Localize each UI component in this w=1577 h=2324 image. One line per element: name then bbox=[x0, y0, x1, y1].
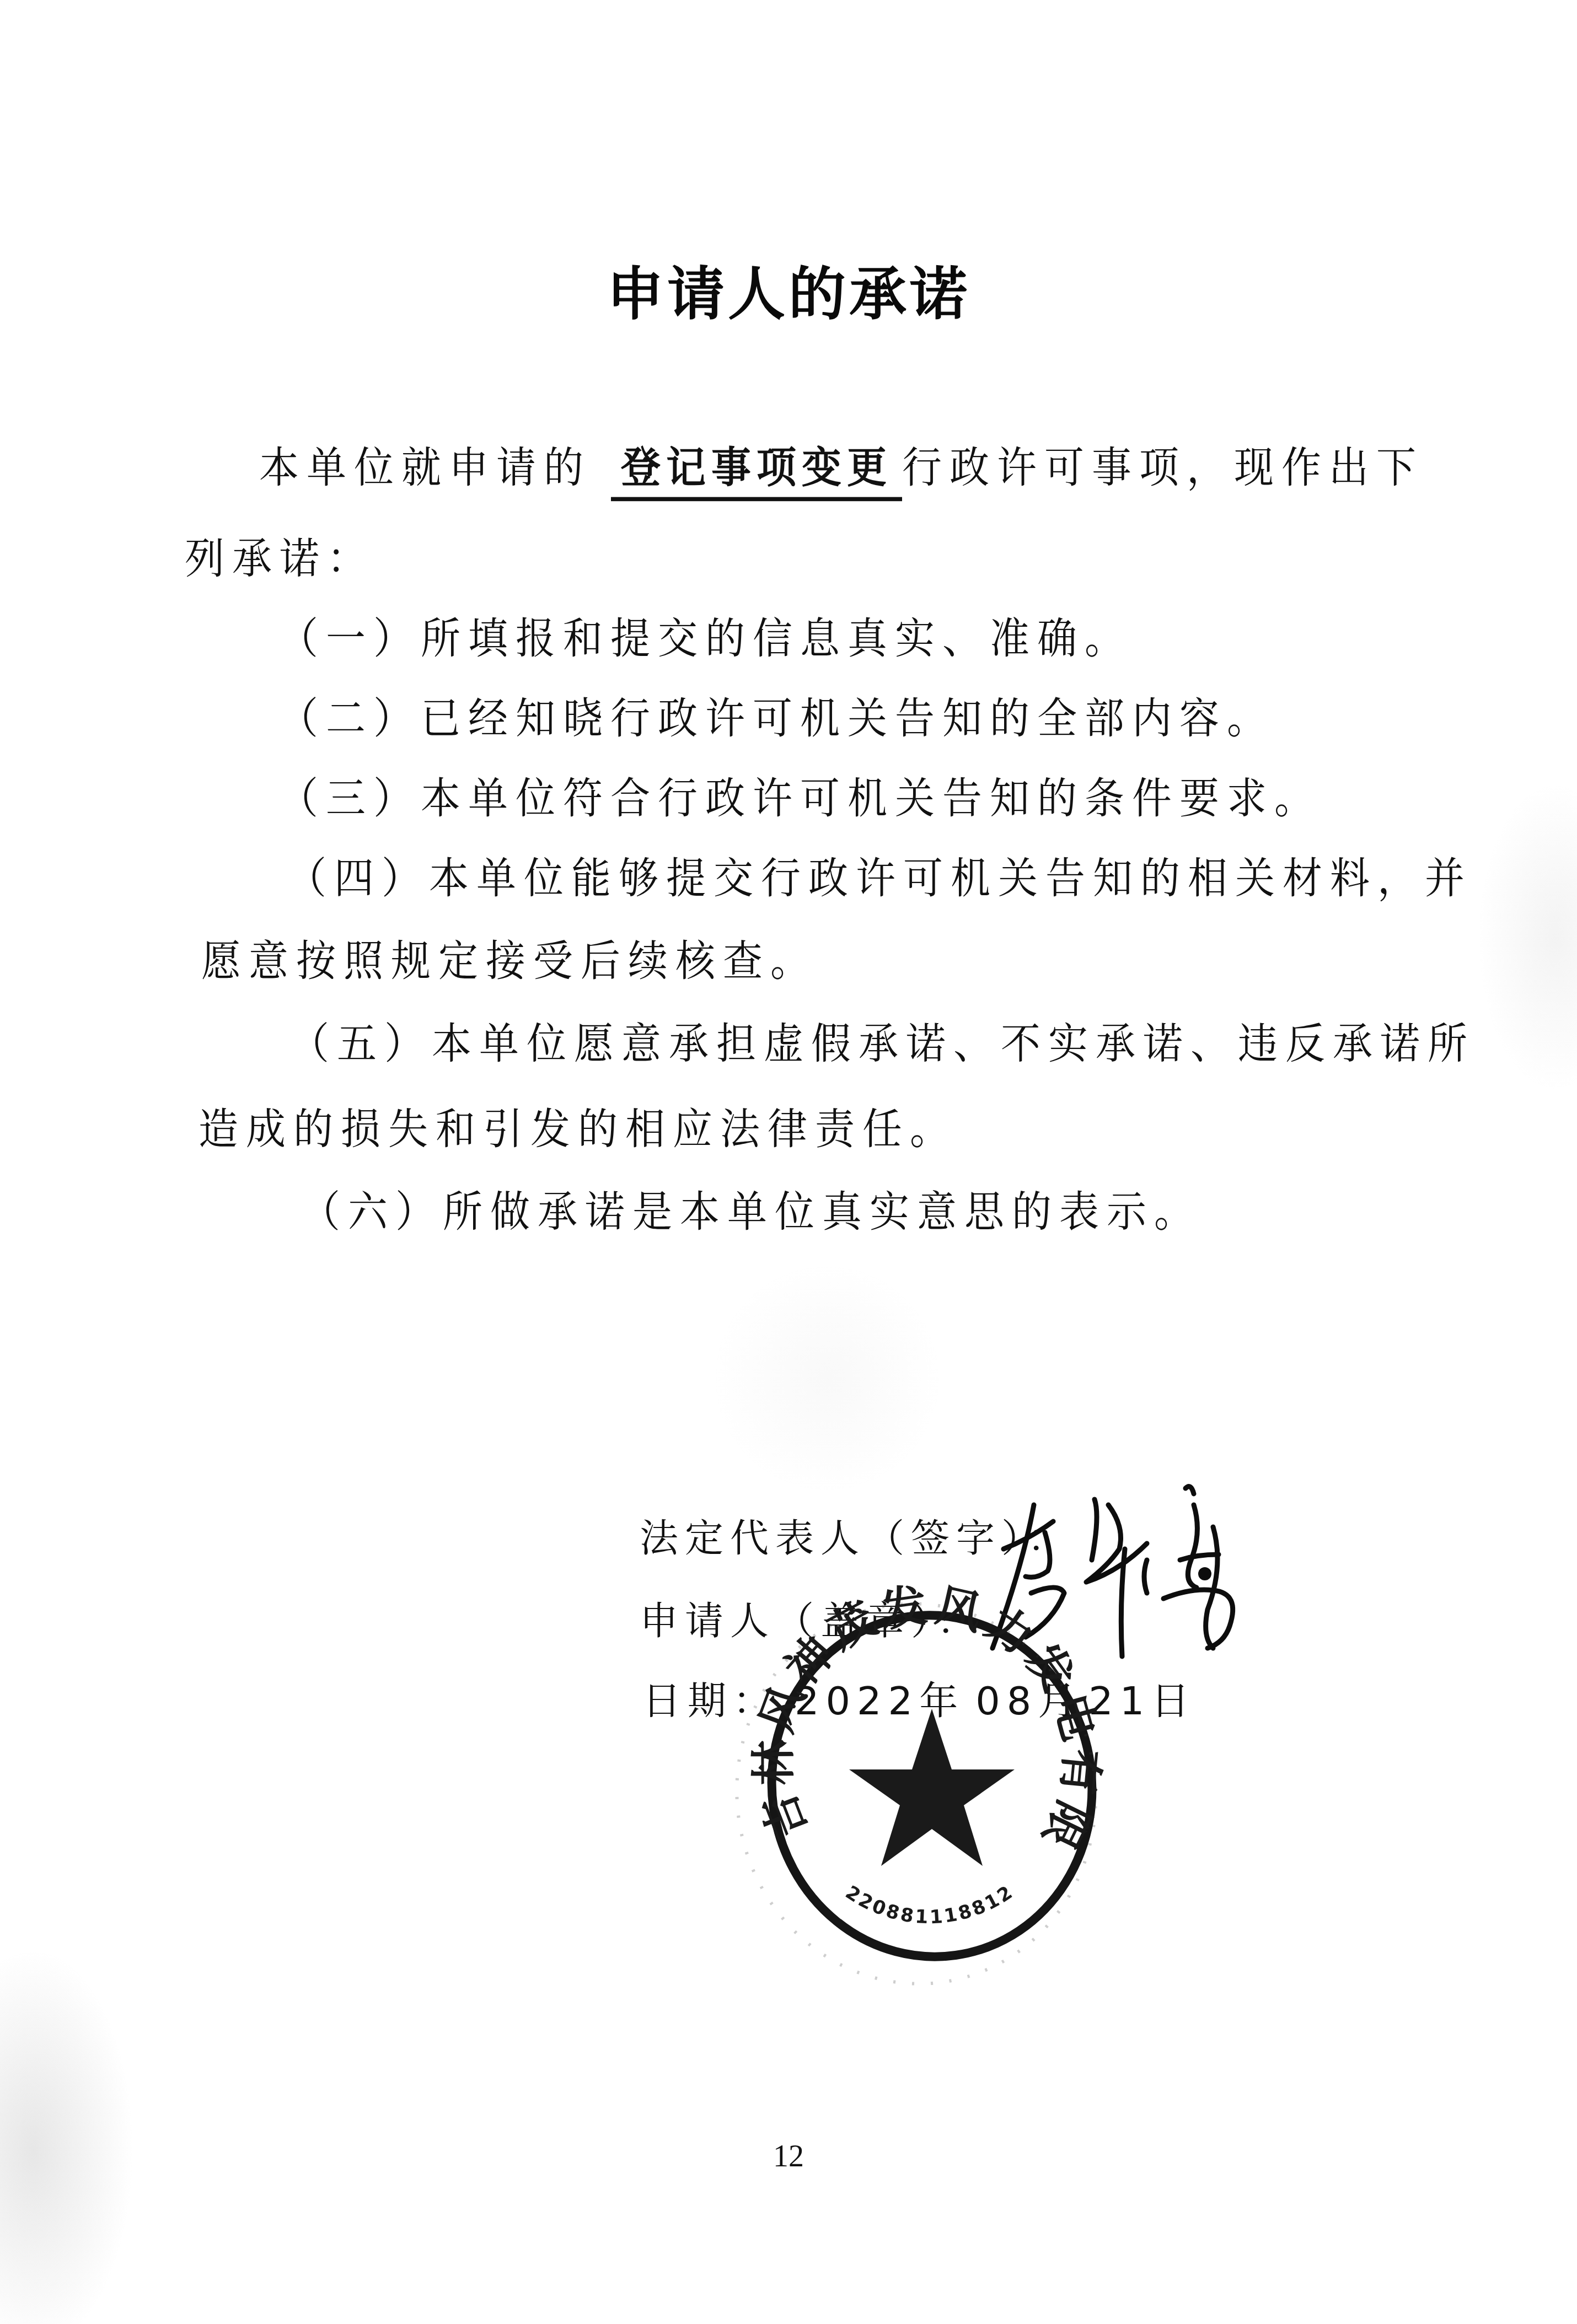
commitment-item-2: （二）已经知晓行政许可机关告知的全部内容。 bbox=[278, 684, 1274, 745]
commitment-item-4-continuation: 愿意按照规定接受后续核查。 bbox=[201, 926, 818, 988]
commitment-number: （一） bbox=[278, 613, 421, 663]
commitment-item-6: （六）所做承诺是本单位真实意思的表示。 bbox=[301, 1177, 1201, 1239]
commitment-text: 所填报和提交的信息真实、准确。 bbox=[421, 613, 1132, 663]
commitment-number: （三） bbox=[278, 773, 421, 823]
commitment-number: （五） bbox=[289, 1018, 432, 1068]
star-icon bbox=[849, 1709, 1015, 1866]
commitment-item-5-continuation: 造成的损失和引发的相应法律责任。 bbox=[199, 1094, 957, 1156]
commitment-text: 所做承诺是本单位真实意思的表示。 bbox=[443, 1186, 1201, 1236]
commitment-text: 本单位能够提交行政许可机关告知的相关材料，并 bbox=[429, 853, 1472, 903]
commitment-item-3: （三）本单位符合行政许可机关告知的条件要求。 bbox=[278, 763, 1322, 825]
intro-prefix: 本单位就申请的 bbox=[259, 442, 591, 492]
company-seal-stamp: 吉林风神茂发风力发电有限公司 2208811188128 bbox=[733, 1582, 1130, 1990]
document-page: 申请人的承诺 本单位就申请的登记事项变更行政许可事项，现作出下 列承诺： （一）… bbox=[0, 0, 1577, 2324]
commitment-item-1: （一）所填报和提交的信息真实、准确。 bbox=[278, 604, 1132, 665]
intro-line-1: 本单位就申请的登记事项变更行政许可事项，现作出下 bbox=[259, 433, 1424, 501]
intro-suffix: 行政许可事项，现作出下 bbox=[902, 442, 1424, 492]
document-title: 申请人的承诺 bbox=[0, 248, 1577, 331]
commitment-text: 本单位符合行政许可机关告知的条件要求。 bbox=[421, 773, 1322, 823]
intro-line-2: 列承诺： bbox=[185, 524, 374, 585]
commitment-number: （六） bbox=[301, 1186, 443, 1236]
date-day-unit: 日 bbox=[1151, 1679, 1196, 1724]
filled-application-item: 登记事项变更 bbox=[611, 433, 902, 501]
commitment-item-4: （四）本单位能够提交行政许可机关告知的相关材料，并 bbox=[287, 843, 1472, 905]
commitment-number: （二） bbox=[278, 693, 421, 743]
commitment-text: 本单位愿意承担虚假承诺、不实承诺、违反承诺所 bbox=[432, 1018, 1475, 1068]
page-number: 12 bbox=[0, 2139, 1577, 2174]
commitment-text: 已经知晓行政许可机关告知的全部内容。 bbox=[421, 693, 1274, 743]
commitment-item-5: （五）本单位愿意承担虚假承诺、不实承诺、违反承诺所 bbox=[289, 1009, 1475, 1070]
commitment-number: （四） bbox=[287, 853, 429, 903]
